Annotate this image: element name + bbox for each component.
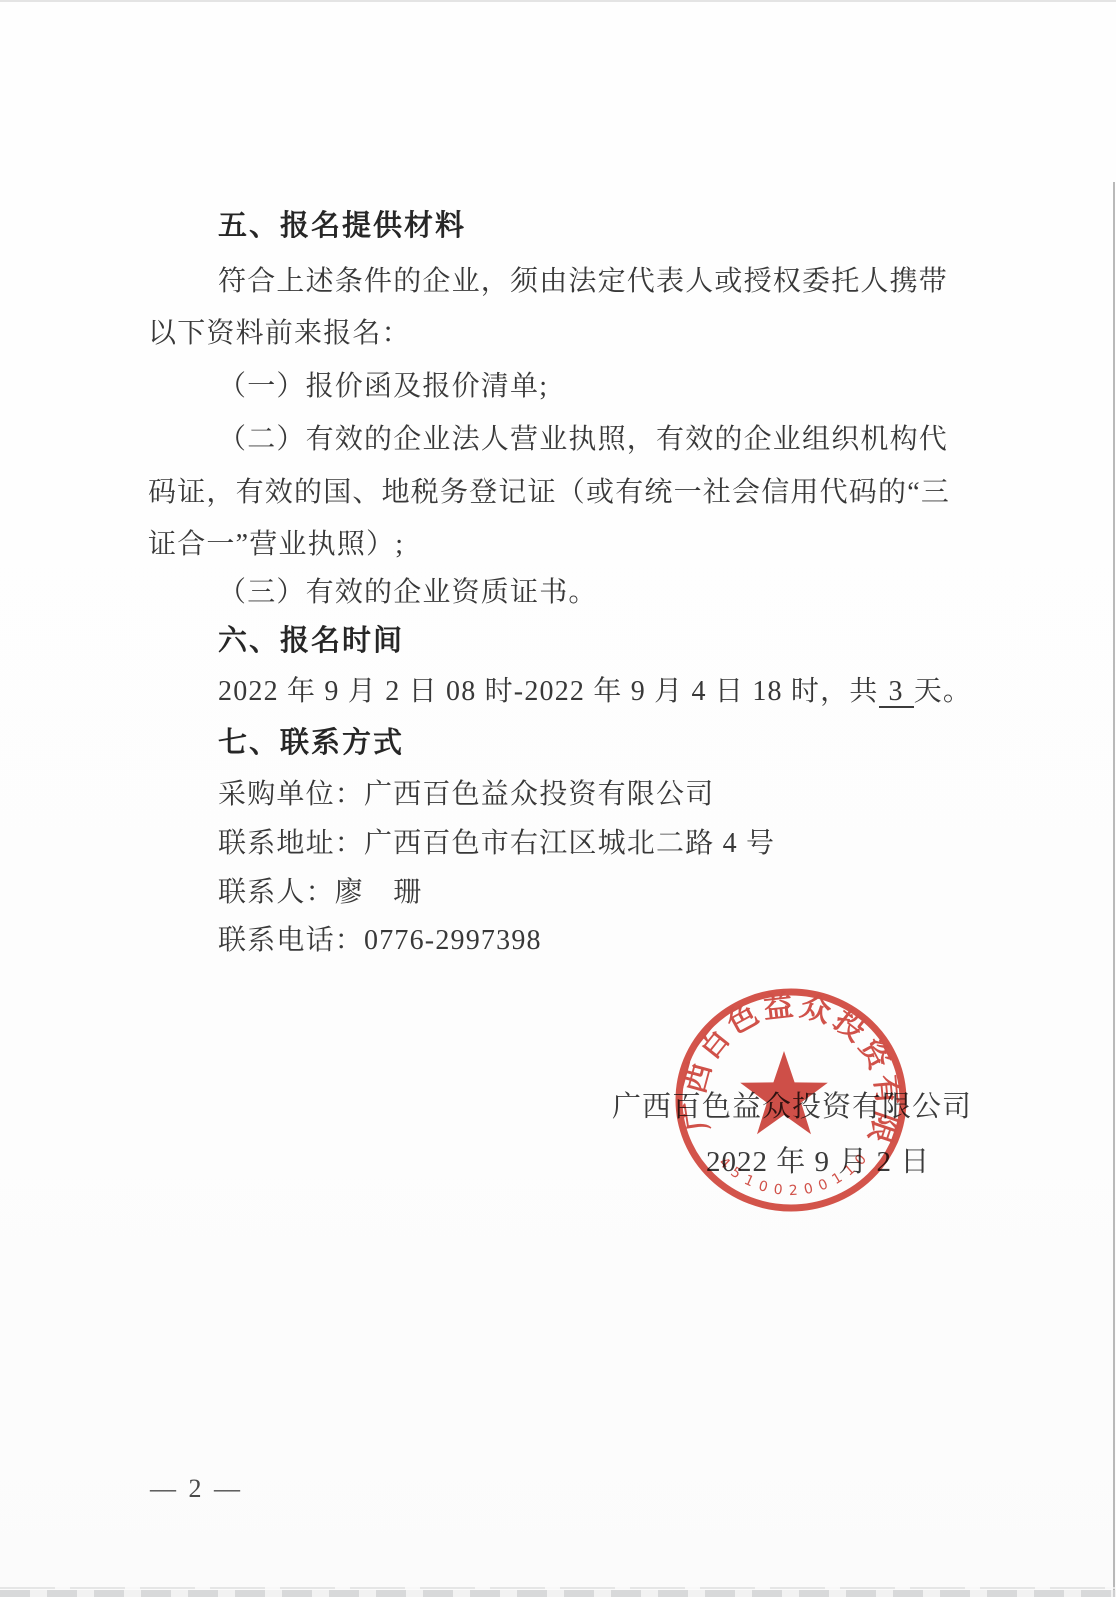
days-blank-underlined: 3 <box>879 677 914 708</box>
scan-edge-right <box>1113 182 1115 1597</box>
item-2-line-3: 证合一”营业执照）; <box>148 522 404 562</box>
intro-paragraph-line-1: 符合上述条件的企业，须由法定代表人或授权委托人携带 <box>218 259 948 299</box>
intro-paragraph-line-2: 以下资料前来报名： <box>148 311 411 351</box>
item-2-line-2: 码证，有效的国、地税务登记证（或有统一社会信用代码的“三 <box>148 470 950 510</box>
section-5-heading: 五、报名提供材料 <box>218 203 466 244</box>
item-2-line-1: （二）有效的企业法人营业执照，有效的企业组织机构代 <box>218 417 948 457</box>
contact-address-line: 联系地址：广西百色市右江区城北二路 4 号 <box>218 821 775 861</box>
scanned-document-page: 五、报名提供材料 符合上述条件的企业，须由法定代表人或授权委托人携带 以下资料前… <box>0 0 1116 1597</box>
contact-phone-line: 联系电话：0776-2997398 <box>218 918 542 958</box>
scan-edge-bottom-line <box>0 1587 1116 1589</box>
item-3-line: （三）有效的企业资质证书。 <box>218 570 598 610</box>
page-number: — 2 — <box>150 1474 243 1504</box>
registration-time-line: 2022 年 9 月 2 日 08 时-2022 年 9 月 4 日 18 时，… <box>218 669 972 709</box>
contact-unit-line: 采购单位：广西百色益众投资有限公司 <box>218 772 714 812</box>
company-seal-stamp: 广西百色益众投资有限公司 45100200110 <box>672 985 912 1215</box>
scan-edge-top <box>0 0 1116 2</box>
scan-edge-bottom-band <box>0 1590 1116 1597</box>
time-text-post: 天。 <box>914 676 972 707</box>
time-text-pre: 2022 年 9 月 2 日 08 时-2022 年 9 月 4 日 18 时，… <box>218 676 879 707</box>
contact-person-line: 联系人：廖 珊 <box>218 870 422 910</box>
section-6-heading: 六、报名时间 <box>218 618 404 659</box>
seal-star-icon <box>740 1051 828 1134</box>
section-7-heading: 七、联系方式 <box>218 720 404 761</box>
item-1-line: （一）报价函及报价清单; <box>218 364 548 404</box>
